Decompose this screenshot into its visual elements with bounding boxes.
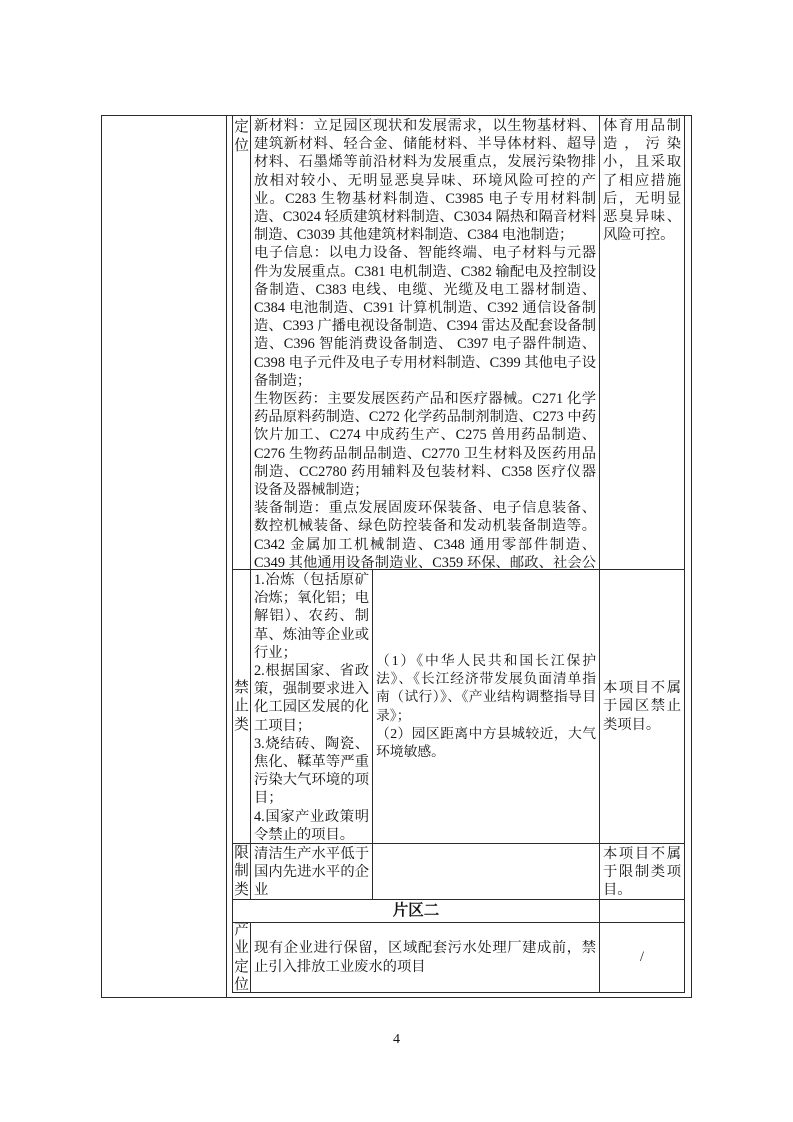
prohibited-note-text: 本项目不属于园区禁止类项目。 — [603, 679, 681, 734]
prohibited-item: 2.根据国家、省政策，强制要求进入化工园区发展的化工项目； — [254, 662, 369, 735]
prohibited-item: 4.国家产业政策明令禁止的项目。 — [254, 808, 369, 844]
cell-zone2-note: / — [600, 923, 684, 992]
zone2-heading: 片区二 — [393, 902, 440, 920]
paragraph-new-materials: 新材料：立足园区现状和发展需求，以生物基材料、建筑新材料、轻合金、储能材料、半导… — [254, 117, 596, 244]
prohibited-item: 1.冶炼（包括原矿冶炼；氧化铝；电解铝）、农药、制革、炼油等企业或行业； — [254, 571, 369, 662]
cell-label-positioning: 定位 — [233, 116, 251, 570]
cell-restricted-criteria: 清洁生产水平低于国内先进水平的企业 — [251, 844, 373, 900]
restricted-note-text: 本项目不属于限制类项目。 — [603, 845, 681, 900]
zone2-heading-cell: 片区二 — [233, 900, 600, 923]
zone2-heading-side-empty — [600, 900, 684, 923]
paragraph-electronics: 电子信息：以电力设备、智能终端、电子材料与元器件为发展重点。C381 电机制造、… — [254, 244, 596, 390]
cell-restricted-empty — [373, 844, 600, 900]
cell-zone2-text: 现有企业进行保留，区域配套污水处理厂建成前，禁止引入排放工业废水的项目 — [251, 923, 600, 992]
cell-label-prohibited: 禁止类 — [233, 570, 251, 844]
zone2-positioning-text: 现有企业进行保留，区域配套污水处理厂建成前，禁止引入排放工业废水的项目 — [254, 939, 596, 975]
paragraph-biomedicine: 生物医药：主要发展医药产品和医疗器械。C271 化学药品原料药制造、C272 化… — [254, 390, 596, 499]
paragraph-equipment: 装备制造：重点发展固废环保装备、电子信息装备、数控机械装备、绿色防控装备和发动机… — [254, 499, 596, 570]
cell-prohibited-reasons: （1）《中华人民共和国长江保护法》、《长江经济带发展负面清单指南（试行）》、《产… — [373, 570, 600, 844]
cell-label-restricted: 限制类 — [233, 844, 251, 900]
left-column-divider — [226, 115, 227, 998]
industry-positioning-table: 定位 新材料：立足园区现状和发展需求，以生物基材料、建筑新材料、轻合金、储能材料… — [232, 115, 685, 993]
cell-positioning-text: 新材料：立足园区现状和发展需求，以生物基材料、建筑新材料、轻合金、储能材料、半导… — [251, 116, 600, 570]
cell-positioning-note: 体育用品制造，污染小，且采取了相应措施后，无明显恶臭异味、风险可控。 — [600, 116, 684, 570]
page-number: 4 — [0, 1032, 793, 1048]
document-page: 定位 新材料：立足园区现状和发展需求，以生物基材料、建筑新材料、轻合金、储能材料… — [0, 0, 793, 1122]
cell-restricted-note: 本项目不属于限制类项目。 — [600, 844, 684, 900]
prohibited-reason: （1）《中华人民共和国长江保护法》、《长江经济带发展负面清单指南（试行）》、《产… — [376, 652, 596, 725]
zone2-note-slash: / — [640, 948, 644, 966]
cell-prohibited-items: 1.冶炼（包括原矿冶炼；氧化铝；电解铝）、农药、制革、炼油等企业或行业； 2.根… — [251, 570, 373, 844]
positioning-note-text: 体育用品制造，污染小，且采取了相应措施后，无明显恶臭异味、风险可控。 — [603, 117, 681, 244]
prohibited-item: 3.烧结砖、陶瓷、焦化、鞣革等严重污染大气环境的项目； — [254, 735, 369, 808]
restricted-criteria-text: 清洁生产水平低于国内先进水平的企业 — [254, 845, 369, 900]
prohibited-reason: （2）园区距离中方县城较近，大气环境敏感。 — [376, 725, 596, 761]
cell-label-industry-positioning: 产业定位 — [233, 923, 251, 992]
cell-prohibited-note: 本项目不属于园区禁止类项目。 — [600, 570, 684, 844]
